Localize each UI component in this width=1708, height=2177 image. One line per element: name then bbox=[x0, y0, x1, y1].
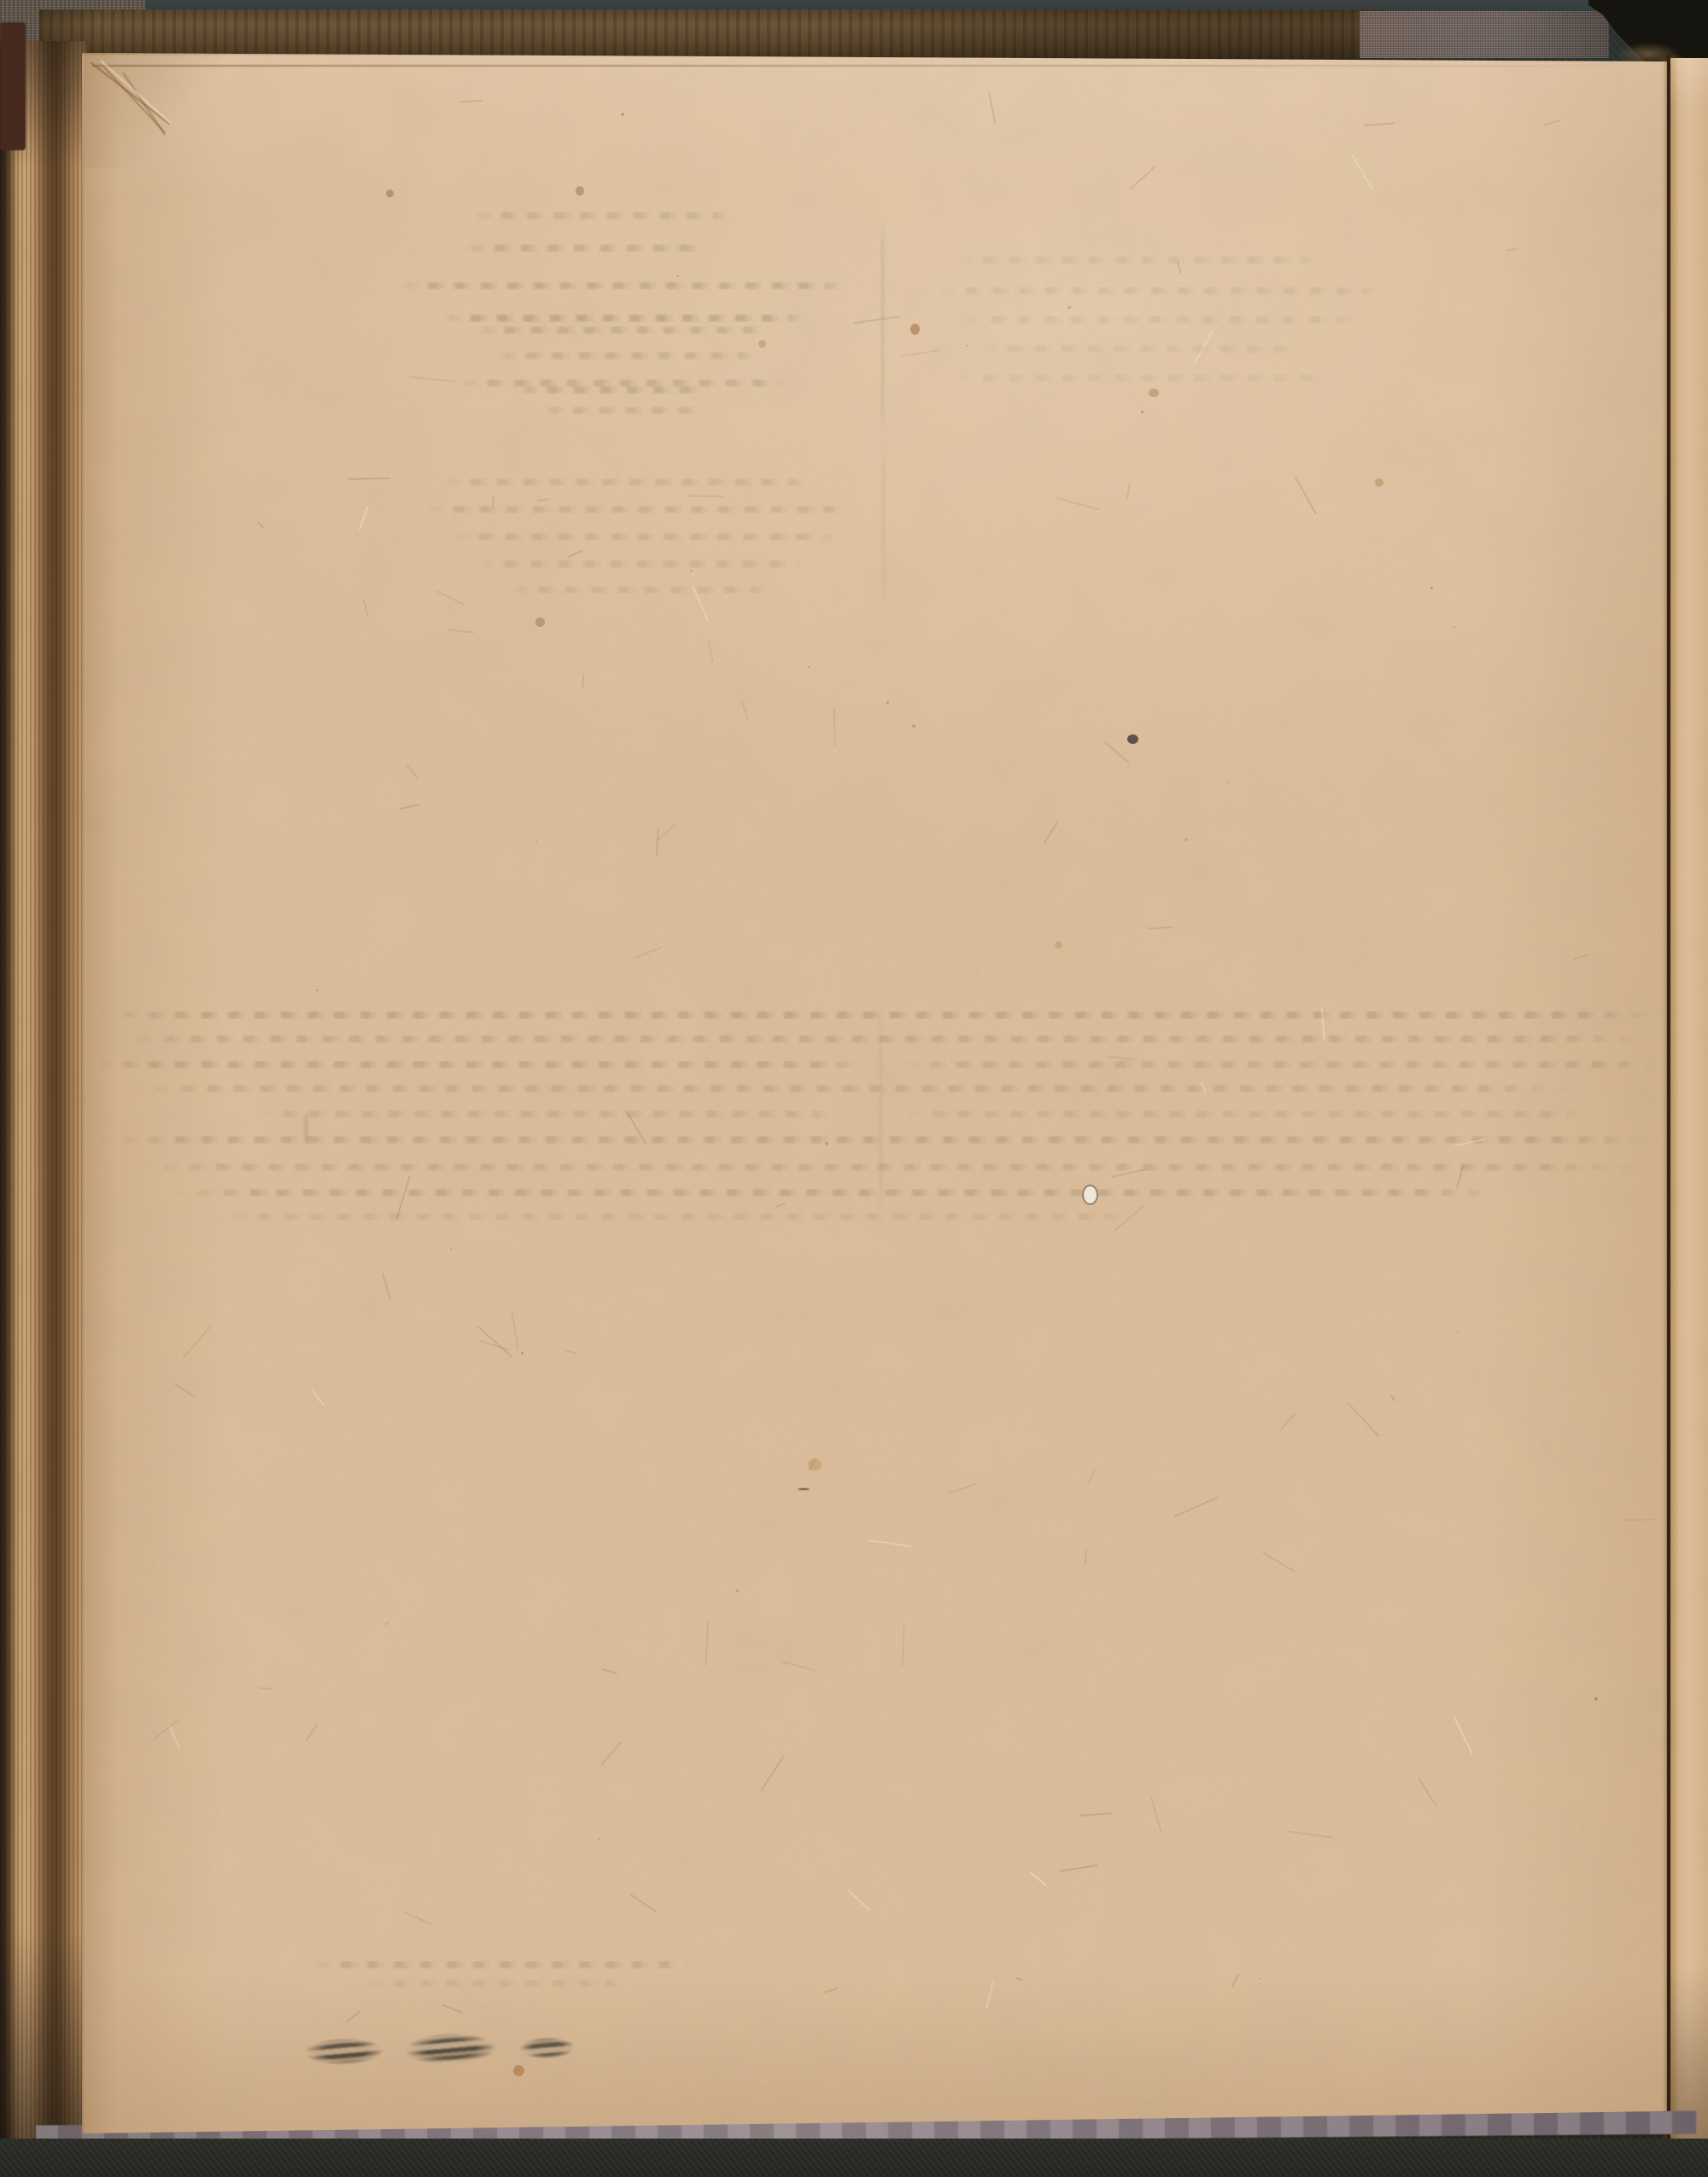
paper-fiber bbox=[1174, 1497, 1218, 1518]
paper-dust bbox=[1141, 411, 1144, 413]
paper-fiber bbox=[1080, 1813, 1113, 1817]
paper-fiber bbox=[312, 1390, 325, 1406]
ghost-text-line bbox=[512, 586, 769, 594]
paper-speck bbox=[910, 324, 920, 335]
paper-fiber bbox=[382, 1273, 391, 1301]
paper-speck bbox=[1149, 389, 1159, 397]
ghost-text-line bbox=[137, 1163, 1640, 1171]
ghost-text-line bbox=[905, 1110, 1588, 1118]
paper-fiber bbox=[903, 1624, 904, 1667]
paper-fiber bbox=[853, 316, 900, 324]
paper-dust bbox=[677, 275, 679, 277]
ghost-text-line bbox=[547, 407, 700, 414]
paper-fiber bbox=[1573, 954, 1588, 960]
paper-fiber bbox=[1418, 1778, 1436, 1806]
paper-fiber bbox=[1057, 497, 1100, 510]
paper-dust bbox=[736, 1589, 739, 1592]
paper-fiber bbox=[634, 947, 662, 959]
paper-fiber bbox=[537, 499, 548, 502]
paper-fiber bbox=[459, 101, 483, 102]
paper-speck bbox=[1375, 478, 1383, 487]
paper-fiber bbox=[950, 1484, 978, 1494]
paper-fiber bbox=[1295, 477, 1317, 514]
ghost-text-line bbox=[96, 1136, 1658, 1144]
paper-speck bbox=[535, 617, 545, 627]
paper-fiber bbox=[601, 1668, 617, 1674]
paper-fiber bbox=[436, 590, 464, 605]
paper-fiber bbox=[347, 2010, 361, 2022]
paper-dust bbox=[1594, 1697, 1598, 1700]
paper-fiber bbox=[169, 1725, 180, 1748]
paper-fiber bbox=[847, 1889, 870, 1911]
paper-speck bbox=[1084, 1186, 1097, 1203]
paper-dust bbox=[316, 989, 319, 992]
paper-speck bbox=[513, 2065, 524, 2076]
ghost-text-line bbox=[314, 1961, 690, 1969]
book-scan bbox=[0, 0, 1708, 2177]
ghost-text-line bbox=[478, 326, 769, 334]
paper-fiber bbox=[782, 1661, 817, 1671]
ghost-column-divider bbox=[305, 1113, 307, 1145]
paper-dust bbox=[825, 1142, 828, 1145]
paper-fiber bbox=[1030, 1872, 1047, 1886]
paper-fiber bbox=[409, 376, 456, 382]
paper-dust bbox=[621, 113, 624, 116]
ghost-text-line bbox=[205, 1213, 1144, 1220]
paper-dust bbox=[690, 570, 693, 572]
paper-fiber bbox=[901, 349, 941, 357]
ghost-text-line bbox=[401, 282, 845, 290]
paper-dust bbox=[450, 1248, 452, 1249]
paper-fiber bbox=[1263, 1552, 1296, 1571]
paper-dust bbox=[1454, 626, 1455, 628]
paper-dust bbox=[1430, 587, 1433, 589]
ghost-column-divider bbox=[882, 444, 885, 606]
paper-fiber bbox=[1626, 1519, 1655, 1521]
paper-fiber bbox=[1280, 1413, 1296, 1430]
paper-dust bbox=[1067, 306, 1071, 309]
paper-fiber bbox=[761, 1756, 785, 1792]
paper-dust bbox=[912, 724, 915, 728]
ghost-column-divider bbox=[880, 1008, 882, 1213]
paper-fiber bbox=[1126, 483, 1131, 499]
paper-fiber bbox=[600, 1742, 621, 1765]
paper-speck bbox=[758, 340, 766, 348]
ghost-text-line bbox=[171, 1189, 1503, 1197]
paper-fiber bbox=[306, 1724, 317, 1741]
paper-speck bbox=[798, 1488, 810, 1490]
ghost-text-line bbox=[475, 212, 731, 219]
paper-fiber bbox=[400, 804, 420, 810]
ghost-text-line bbox=[453, 533, 837, 541]
paper-fiber bbox=[404, 1911, 432, 1925]
paper-fiber bbox=[363, 599, 369, 617]
paper-fiber bbox=[1104, 741, 1130, 764]
paper-fiber bbox=[657, 823, 676, 841]
ghost-text-line bbox=[468, 244, 707, 252]
paper-fiber bbox=[1150, 1797, 1161, 1832]
paper-dust bbox=[535, 840, 537, 842]
ghost-text-line bbox=[965, 316, 1358, 324]
ink-smudge bbox=[519, 2036, 576, 2060]
ghost-text-line bbox=[478, 560, 803, 568]
paper-fiber bbox=[1231, 1973, 1240, 1987]
paper-fiber bbox=[1085, 1549, 1086, 1564]
ink-smudge bbox=[303, 2036, 384, 2066]
paper-fiber bbox=[776, 1203, 787, 1208]
paper-fiber bbox=[1288, 1830, 1333, 1838]
ghost-text-line bbox=[444, 478, 811, 486]
paper-fiber bbox=[823, 1988, 839, 1993]
paper-fiber bbox=[741, 701, 748, 720]
ghost-text-line bbox=[444, 314, 803, 322]
paper-fiber bbox=[629, 1893, 657, 1912]
paper-fiber bbox=[1390, 1395, 1395, 1401]
paper-dust bbox=[967, 345, 968, 347]
ghost-text-line bbox=[982, 345, 1307, 353]
paper-fiber bbox=[183, 1326, 211, 1359]
paper-speck bbox=[576, 186, 584, 196]
paper-fiber bbox=[447, 629, 474, 633]
paper-fiber bbox=[442, 2004, 463, 2013]
ghost-text-line bbox=[128, 1085, 1571, 1092]
paper-fiber bbox=[1454, 1716, 1473, 1754]
paper-fiber bbox=[348, 478, 389, 480]
ghost-column-divider bbox=[881, 218, 884, 431]
paper-speck bbox=[1055, 941, 1062, 949]
paper-dust bbox=[1227, 781, 1229, 783]
paper-fiber bbox=[1543, 120, 1561, 126]
ghost-text-line bbox=[500, 352, 756, 360]
paper-speck bbox=[386, 190, 394, 197]
paper-fiber bbox=[708, 641, 714, 662]
paper-dust bbox=[808, 666, 810, 668]
artifact-layer bbox=[0, 0, 1708, 2177]
paper-fiber bbox=[383, 1621, 390, 1626]
paper-dust bbox=[1184, 838, 1188, 841]
paper-fiber bbox=[396, 1176, 410, 1218]
ghost-text-line bbox=[904, 1061, 1655, 1068]
paper-fiber bbox=[582, 674, 584, 688]
paper-dust bbox=[977, 973, 979, 974]
paper-fiber bbox=[656, 828, 659, 857]
paper-fiber bbox=[705, 1622, 709, 1666]
ghost-text-line bbox=[956, 374, 1332, 382]
paper-fiber bbox=[1015, 1977, 1023, 1981]
paper-fiber bbox=[1148, 927, 1173, 929]
ghost-text-line bbox=[256, 1110, 845, 1118]
paper-fiber bbox=[989, 92, 997, 125]
paper-fiber bbox=[568, 550, 583, 558]
paper-fiber bbox=[406, 763, 419, 779]
paper-dust bbox=[886, 701, 889, 704]
paper-fiber bbox=[512, 1310, 519, 1349]
paper-fiber bbox=[1365, 123, 1395, 126]
paper-fiber bbox=[869, 1540, 911, 1547]
paper-fiber bbox=[1351, 154, 1372, 190]
paper-speck bbox=[1127, 734, 1138, 744]
ink-smudge bbox=[404, 2031, 497, 2067]
paper-fiber bbox=[1044, 822, 1059, 844]
paper-fiber bbox=[1131, 166, 1156, 190]
paper-fiber bbox=[359, 506, 369, 530]
paper-fiber bbox=[259, 1688, 272, 1689]
paper-dust bbox=[1121, 1506, 1123, 1507]
paper-dust bbox=[599, 1838, 600, 1840]
ghost-text-line bbox=[956, 256, 1324, 264]
paper-fiber bbox=[1506, 249, 1518, 252]
ghost-text-line bbox=[367, 1980, 623, 1987]
paper-dust bbox=[521, 1352, 524, 1355]
ghost-text-line bbox=[939, 287, 1383, 295]
paper-fiber bbox=[1107, 1056, 1135, 1061]
paper-fiber bbox=[986, 1981, 994, 2008]
paper-fiber bbox=[174, 1383, 196, 1397]
paper-fiber bbox=[257, 521, 265, 529]
ghost-text-line bbox=[427, 506, 854, 513]
paper-fiber bbox=[834, 708, 835, 746]
ghost-text-line bbox=[96, 1061, 869, 1068]
paper-dust bbox=[1457, 1331, 1459, 1332]
paper-dust bbox=[816, 1119, 818, 1121]
paper-dust bbox=[1259, 1978, 1261, 1980]
paper-fiber bbox=[688, 495, 723, 497]
paper-fiber bbox=[1088, 1468, 1097, 1485]
ghost-text-line bbox=[521, 386, 709, 394]
paper-fiber bbox=[565, 1349, 576, 1354]
paper-fiber bbox=[1347, 1402, 1380, 1437]
paper-fiber bbox=[1059, 1864, 1097, 1872]
